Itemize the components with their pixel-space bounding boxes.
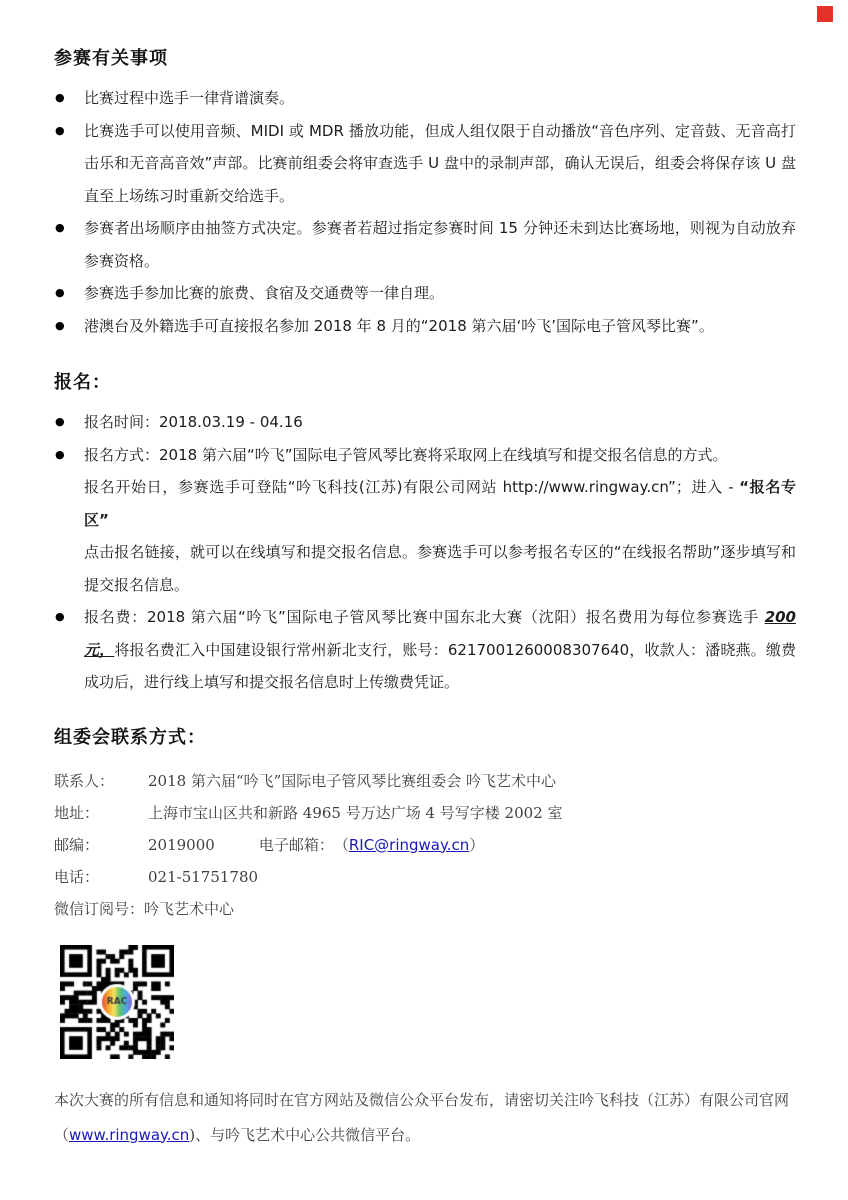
contact-phone-value: 021-51751780 (148, 861, 796, 893)
bullet-icon: ● (55, 277, 65, 310)
bullet-icon: ● (55, 115, 65, 148)
rules-bullet-list: ● 比赛过程中选手一律背谱演奏。 ● 比赛选手可以使用音频、MIDI 或 MDR… (54, 82, 796, 342)
rules-item-text: 比赛选手可以使用音频、MIDI 或 MDR 播放功能，但成人组仅限于自动播放“音… (84, 122, 796, 205)
contact-wechat-row: 微信订阅号： 吟飞艺术中心 (54, 893, 796, 925)
rules-item-text: 比赛过程中选手一律背谱演奏。 (84, 89, 294, 107)
wechat-qr-code (60, 945, 174, 1059)
contact-phone-row: 电话： 021-51751780 (54, 861, 796, 893)
bullet-icon: ● (55, 406, 65, 439)
contact-person-value: 2018 第六届“吟飞”国际电子管风琴比赛组委会 吟飞艺术中心 (148, 765, 796, 797)
registration-method-line2: 报名开始日，参赛选手可登陆“吟飞科技(江苏)有限公司网站 http://www.… (84, 471, 796, 536)
email-link[interactable]: RIC@ringway.cn (349, 829, 469, 861)
footer-line2: （www.ringway.cn)、与吟飞艺术中心公共微信平台。 (54, 1118, 796, 1153)
registration-time-text: 报名时间：2018.03.19 - 04.16 (84, 413, 303, 431)
rules-item: ● 参赛者出场顺序由抽签方式决定。参赛者若超过指定参赛时间 15 分钟还未到达比… (54, 212, 796, 277)
website-link[interactable]: www.ringway.cn (69, 1126, 189, 1144)
registration-section-title: 报名： (54, 368, 796, 394)
bullet-icon: ● (55, 310, 65, 343)
contact-postcode-email-row: 邮编： 2019000 电子邮箱： （ RIC@ringway.cn ） (54, 829, 796, 861)
contact-email-paren-close: ） (469, 829, 484, 861)
bullet-icon: ● (55, 439, 65, 472)
footer-line1: 本次大赛的所有信息和通知将同时在官方网站及微信公众平台发布，请密切关注吟飞科技（… (54, 1083, 796, 1118)
registration-method-item: ● 报名方式：2018 第六届“吟飞”国际电子管风琴比赛将采取网上在线填写和提交… (54, 439, 796, 602)
rules-item: ● 港澳台及外籍选手可直接报名参加 2018 年 8 月的“2018 第六届‘吟… (54, 310, 796, 343)
contact-phone-label: 电话： (54, 861, 148, 893)
document-page: 参赛有关事项 ● 比赛过程中选手一律背谱演奏。 ● 比赛选手可以使用音频、MID… (0, 0, 848, 1200)
registration-method-line1: 报名方式：2018 第六届“吟飞”国际电子管风琴比赛将采取网上在线填写和提交报名… (84, 439, 796, 472)
bullet-icon: ● (55, 601, 65, 634)
contact-address-value: 上海市宝山区共和新路 4965 号万达广场 4 号写字楼 2002 室 (148, 797, 796, 829)
registration-fee-pre: 报名费：2018 第六届“吟飞”国际电子管风琴比赛中国东北大赛（沈阳）报名费用为… (84, 608, 765, 626)
contact-email-paren-open: （ (334, 829, 349, 861)
registration-fee-item: ● 报名费：2018 第六届“吟飞”国际电子管风琴比赛中国东北大赛（沈阳）报名费… (54, 601, 796, 699)
contact-person-label: 联系人： (54, 765, 148, 797)
registration-method-line2-text: 报名开始日，参赛选手可登陆“吟飞科技(江苏)有限公司网站 http://www.… (84, 478, 739, 496)
footer-note: 本次大赛的所有信息和通知将同时在官方网站及微信公众平台发布，请密切关注吟飞科技（… (54, 1083, 796, 1153)
rules-item: ● 比赛选手可以使用音频、MIDI 或 MDR 播放功能，但成人组仅限于自动播放… (54, 115, 796, 213)
bullet-icon: ● (55, 212, 65, 245)
contact-wechat-label: 微信订阅号： (54, 893, 144, 925)
contact-wechat-value: 吟飞艺术中心 (144, 893, 234, 925)
contact-address-row: 地址： 上海市宝山区共和新路 4965 号万达广场 4 号写字楼 2002 室 (54, 797, 796, 829)
footer-paren-open: （ (54, 1126, 69, 1144)
rules-item-text: 参赛者出场顺序由抽签方式决定。参赛者若超过指定参赛时间 15 分钟还未到达比赛场… (84, 219, 796, 270)
contact-section-title: 组委会联系方式： (54, 723, 796, 749)
rules-section-title: 参赛有关事项 (54, 44, 796, 70)
rules-item: ● 参赛选手参加比赛的旅费、食宿及交通费等一律自理。 (54, 277, 796, 310)
wechat-qr-canvas (60, 945, 174, 1059)
contact-person-row: 联系人： 2018 第六届“吟飞”国际电子管风琴比赛组委会 吟飞艺术中心 (54, 765, 796, 797)
document-content: 参赛有关事项 ● 比赛过程中选手一律背谱演奏。 ● 比赛选手可以使用音频、MID… (54, 44, 796, 1153)
contact-postcode-value: 2019000 (148, 829, 215, 861)
registration-fee-post: 将报名费汇入中国建设银行常州新北支行，账号：621700126000830764… (84, 641, 796, 692)
contact-address-label: 地址： (54, 797, 148, 829)
registration-method-line3: 点击报名链接，就可以在线填写和提交报名信息。参赛选手可以参考报名专区的“在线报名… (84, 536, 796, 601)
registration-bullet-list: ● 报名时间：2018.03.19 - 04.16 ● 报名方式：2018 第六… (54, 406, 796, 699)
red-marker-square (817, 6, 833, 22)
rules-item-text: 港澳台及外籍选手可直接报名参加 2018 年 8 月的“2018 第六届‘吟飞’… (84, 317, 714, 335)
rules-item: ● 比赛过程中选手一律背谱演奏。 (54, 82, 796, 115)
contact-email-label: 电子邮箱： (259, 829, 334, 861)
bullet-icon: ● (55, 82, 65, 115)
contact-postcode-label: 邮编： (54, 829, 148, 861)
rules-item-text: 参赛选手参加比赛的旅费、食宿及交通费等一律自理。 (84, 284, 444, 302)
footer-line2-rest: )、与吟飞艺术中心公共微信平台。 (189, 1126, 420, 1144)
registration-time-item: ● 报名时间：2018.03.19 - 04.16 (54, 406, 796, 439)
